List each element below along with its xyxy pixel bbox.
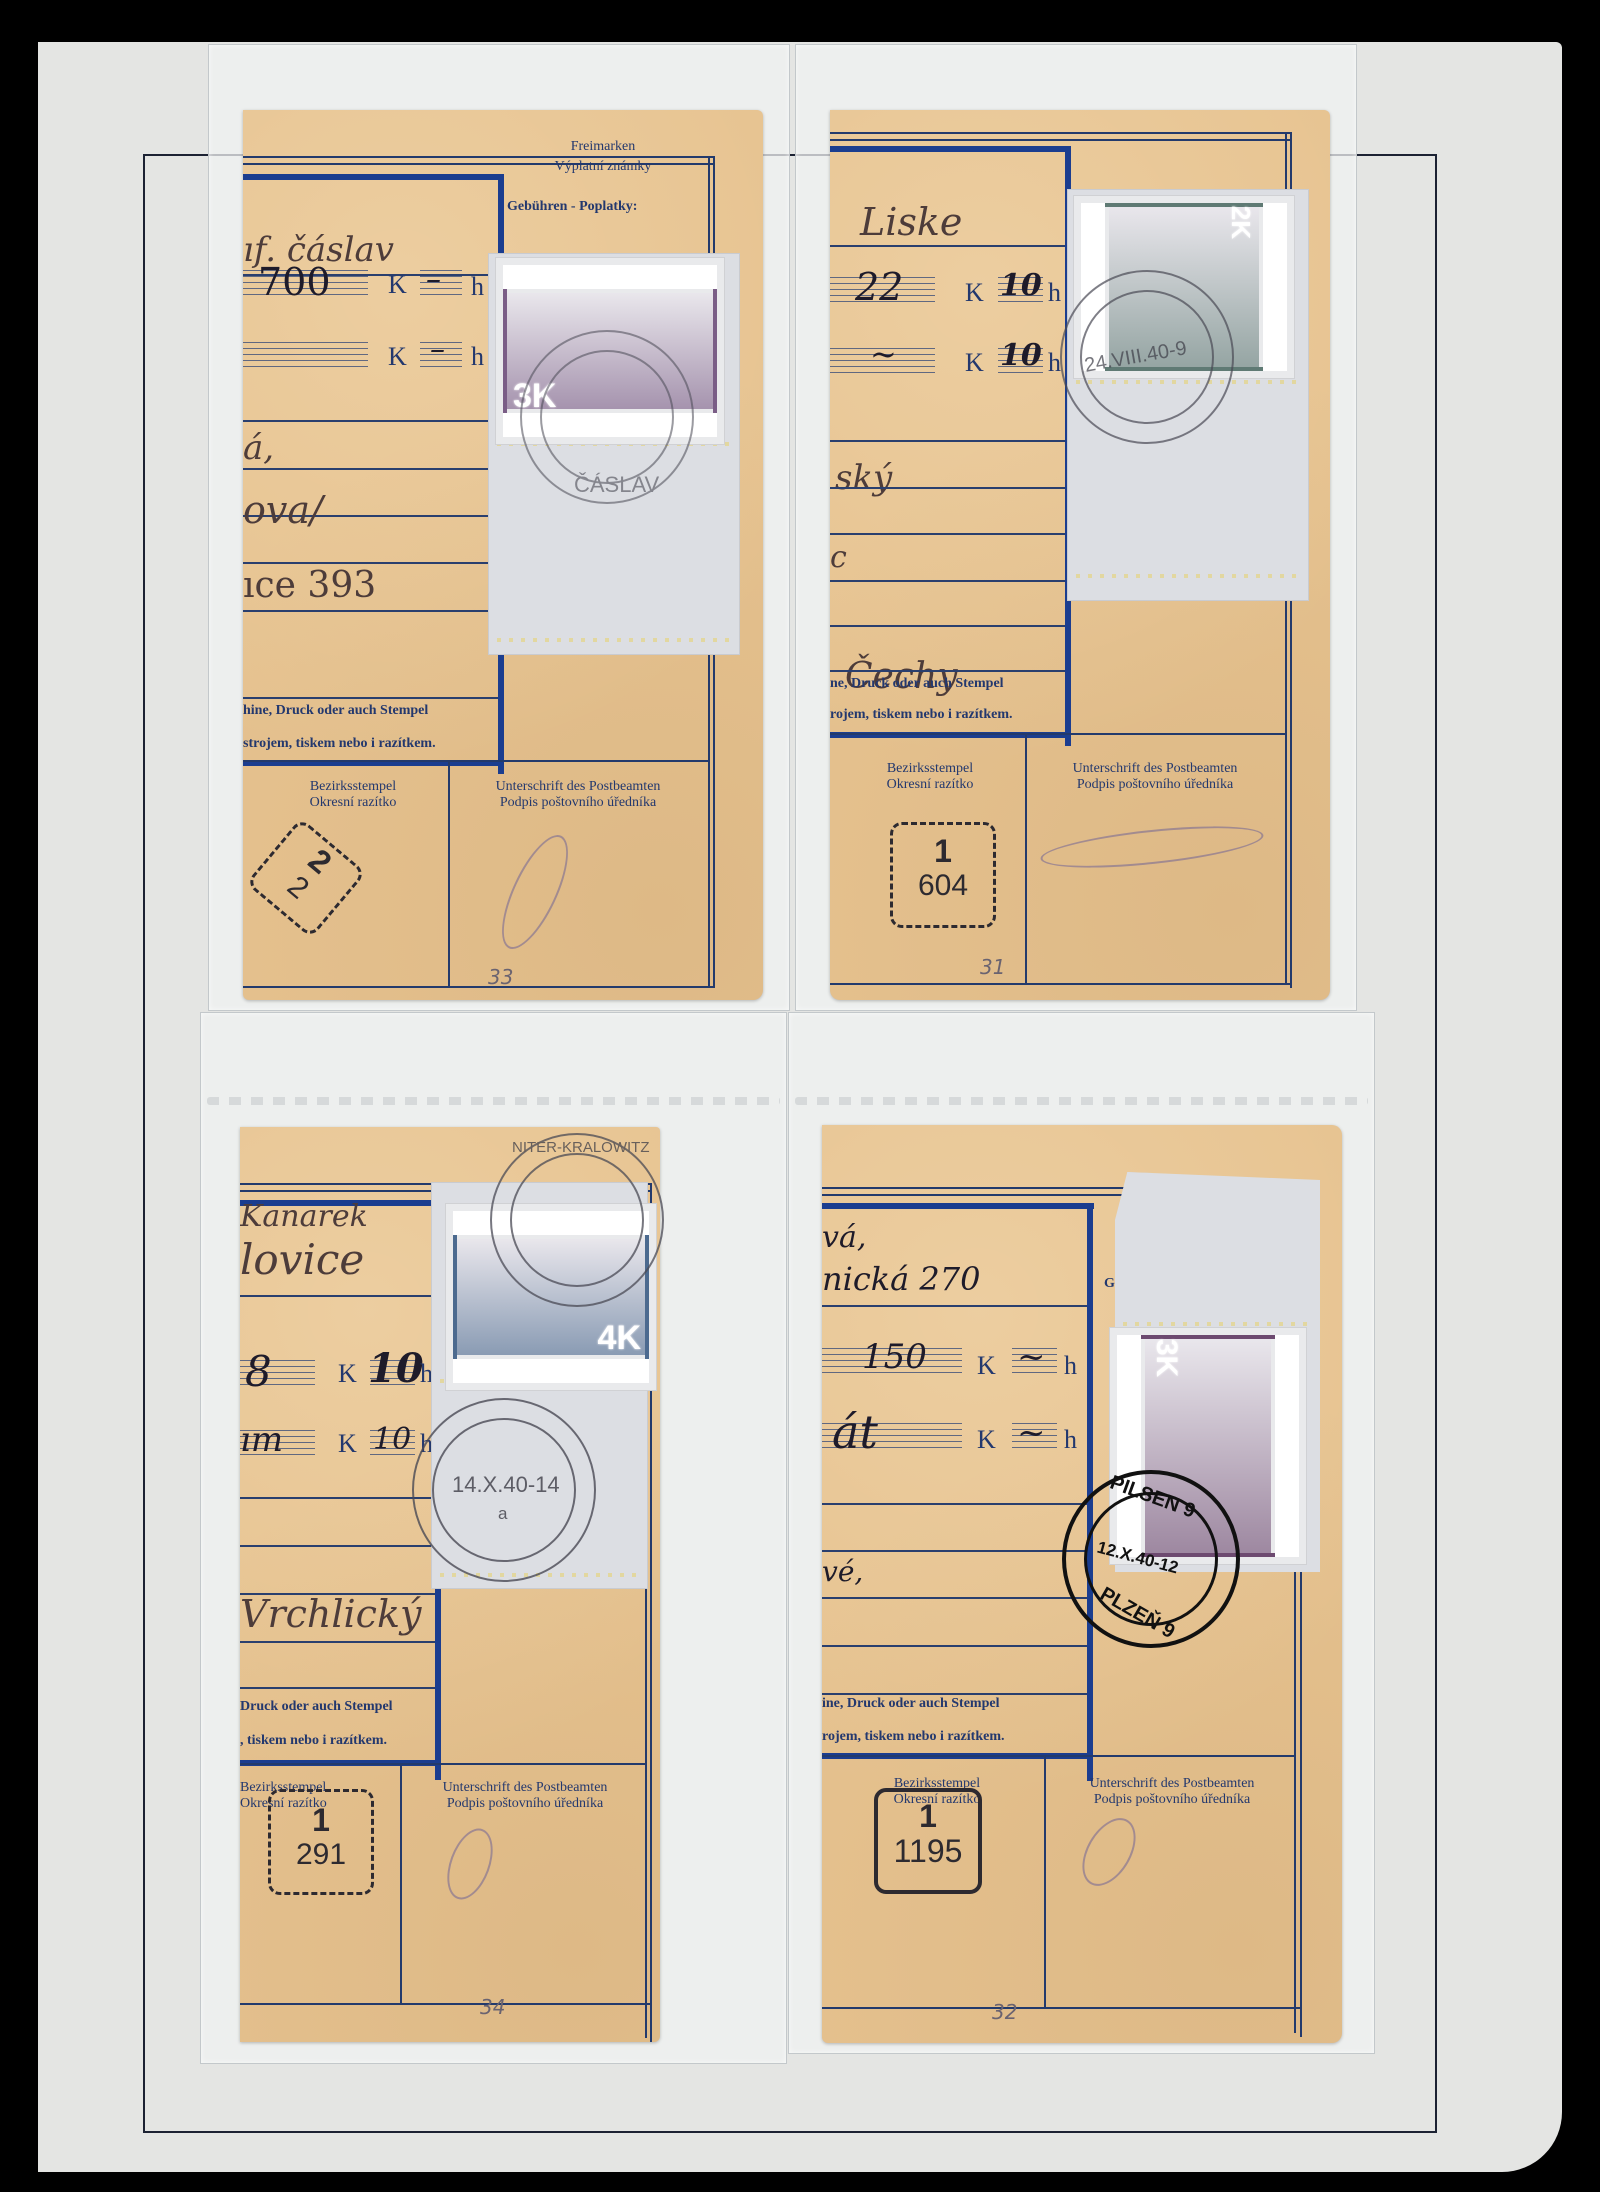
handwriting-line1: Kanarek [240, 1199, 368, 1234]
handwriting-line2: nická 270 [822, 1260, 980, 1298]
handwriting-line4: ova/ [243, 488, 323, 532]
postmark-krivoklat: 24.VIII.40-9 [1060, 270, 1234, 444]
label-bezirksstempel: Bezirksstempel [850, 760, 1010, 777]
amount-koruna-2: ~ [870, 335, 897, 373]
amount-koruna-1: 22 [855, 265, 903, 309]
amount-koruna-1: 8 [245, 1347, 272, 1396]
district-stamp: 1 1195 [874, 1788, 982, 1894]
label-gebuehren: Gebühren - Poplatky: [507, 198, 637, 215]
postmark-caslav: ČÁSLAV [520, 330, 694, 504]
label-unterschrift: Unterschrift des Postbeamten [453, 778, 703, 795]
label-podpis: Podpis poštovního úředníka [1030, 776, 1280, 793]
label-unterschrift: Unterschrift des Postbeamten [405, 1779, 645, 1796]
label-podpis: Podpis poštovního úředníka [405, 1795, 645, 1812]
label-tiskem: strojem, tiskem nebo i razítkem. [243, 735, 436, 752]
handwriting-line2: lovice [240, 1235, 364, 1284]
page-number: 34 [480, 1995, 505, 2019]
postmark-kralowitz: 14.X.40-14 a [412, 1398, 596, 1582]
amount-koruna-1: 150 [862, 1337, 927, 1377]
postmark-pilsen: PILSEN 9 12.X.40-12 PLZEŇ 9 [1062, 1470, 1240, 1648]
amount-koruna-2: át [832, 1405, 878, 1459]
amount-haler-2: 10 [1000, 338, 1042, 373]
handwriting-signature: Vrchlický [240, 1592, 421, 1636]
label-okresni: Okresní razítko [263, 794, 443, 811]
label-druck: ine, Druck oder auch Stempel [822, 1695, 999, 1712]
label-druck: hine, Druck oder auch Stempel [243, 702, 428, 719]
label-k-1: K [977, 1351, 996, 1381]
amount-haler-1: – [426, 262, 441, 297]
handwriting-line3: á, [243, 428, 274, 468]
label-tiskem: rojem, tiskem nebo i razítkem. [830, 706, 1012, 723]
handwriting-line3: ský [835, 458, 892, 498]
amount-haler-1: 10 [368, 1345, 424, 1392]
amount-haler-2: 10 [373, 1422, 411, 1457]
label-k-2: K [388, 342, 407, 372]
postmark-kralowitz-top: NITER-KRALOWITZ [490, 1133, 664, 1307]
handwriting-line1: vá, [822, 1220, 866, 1255]
label-podpis: Podpis poštovního úředníka [453, 794, 703, 811]
label-k-1: K [338, 1359, 357, 1389]
label-h-1: h [1048, 278, 1061, 308]
handwriting-line4: vé, [822, 1555, 863, 1588]
label-podpis: Podpis poštovního úředníka [1047, 1791, 1297, 1808]
label-k-2: K [338, 1429, 357, 1459]
amount-haler-1: 10 [1000, 268, 1042, 303]
handwriting-line4: c [830, 540, 847, 575]
label-gebuehren-partial: G [1104, 1275, 1115, 1292]
handwriting-line5: ıce 393 [243, 565, 376, 606]
label-k-1: K [388, 270, 407, 300]
label-h-2: h [1048, 348, 1061, 378]
label-druck: ne, Druck oder auch Stempel [830, 675, 1004, 692]
district-stamp: 1 291 [268, 1789, 374, 1895]
amount-koruna-1: 700 [258, 260, 331, 304]
amount-haler-2: ~ [1017, 1413, 1046, 1453]
label-unterschrift: Unterschrift des Postbeamten [1030, 760, 1280, 777]
amount-haler-2: – [430, 332, 445, 367]
label-tiskem: rojem, tiskem nebo i razítkem. [822, 1728, 1004, 1745]
label-druck: Druck oder auch Stempel [240, 1698, 393, 1715]
handwriting-line1: Liske [860, 200, 962, 244]
label-h-1: h [1064, 1351, 1077, 1381]
label-vyplatni: Výplatní známky [533, 158, 673, 175]
label-h-1: h [471, 272, 484, 302]
amount-koruna-2: ım [240, 1420, 283, 1460]
page-number: 32 [992, 2000, 1017, 2024]
label-k-2: K [965, 348, 984, 378]
page-number: 33 [488, 965, 513, 989]
label-okresni: Okresní razítko [850, 776, 1010, 793]
label-freimarken: Freimarken [543, 138, 663, 155]
amount-haler-1: ~ [1017, 1337, 1046, 1377]
page-number: 31 [980, 955, 1005, 979]
label-k-1: K [965, 278, 984, 308]
label-unterschrift: Unterschrift des Postbeamten [1047, 1775, 1297, 1792]
label-h-2: h [471, 342, 484, 372]
label-k-2: K [977, 1425, 996, 1455]
label-tiskem: , tiskem nebo i razítkem. [240, 1732, 387, 1749]
district-stamp: 1 604 [890, 822, 996, 928]
label-h-2: h [1064, 1425, 1077, 1455]
label-bezirksstempel: Bezirksstempel [263, 778, 443, 795]
